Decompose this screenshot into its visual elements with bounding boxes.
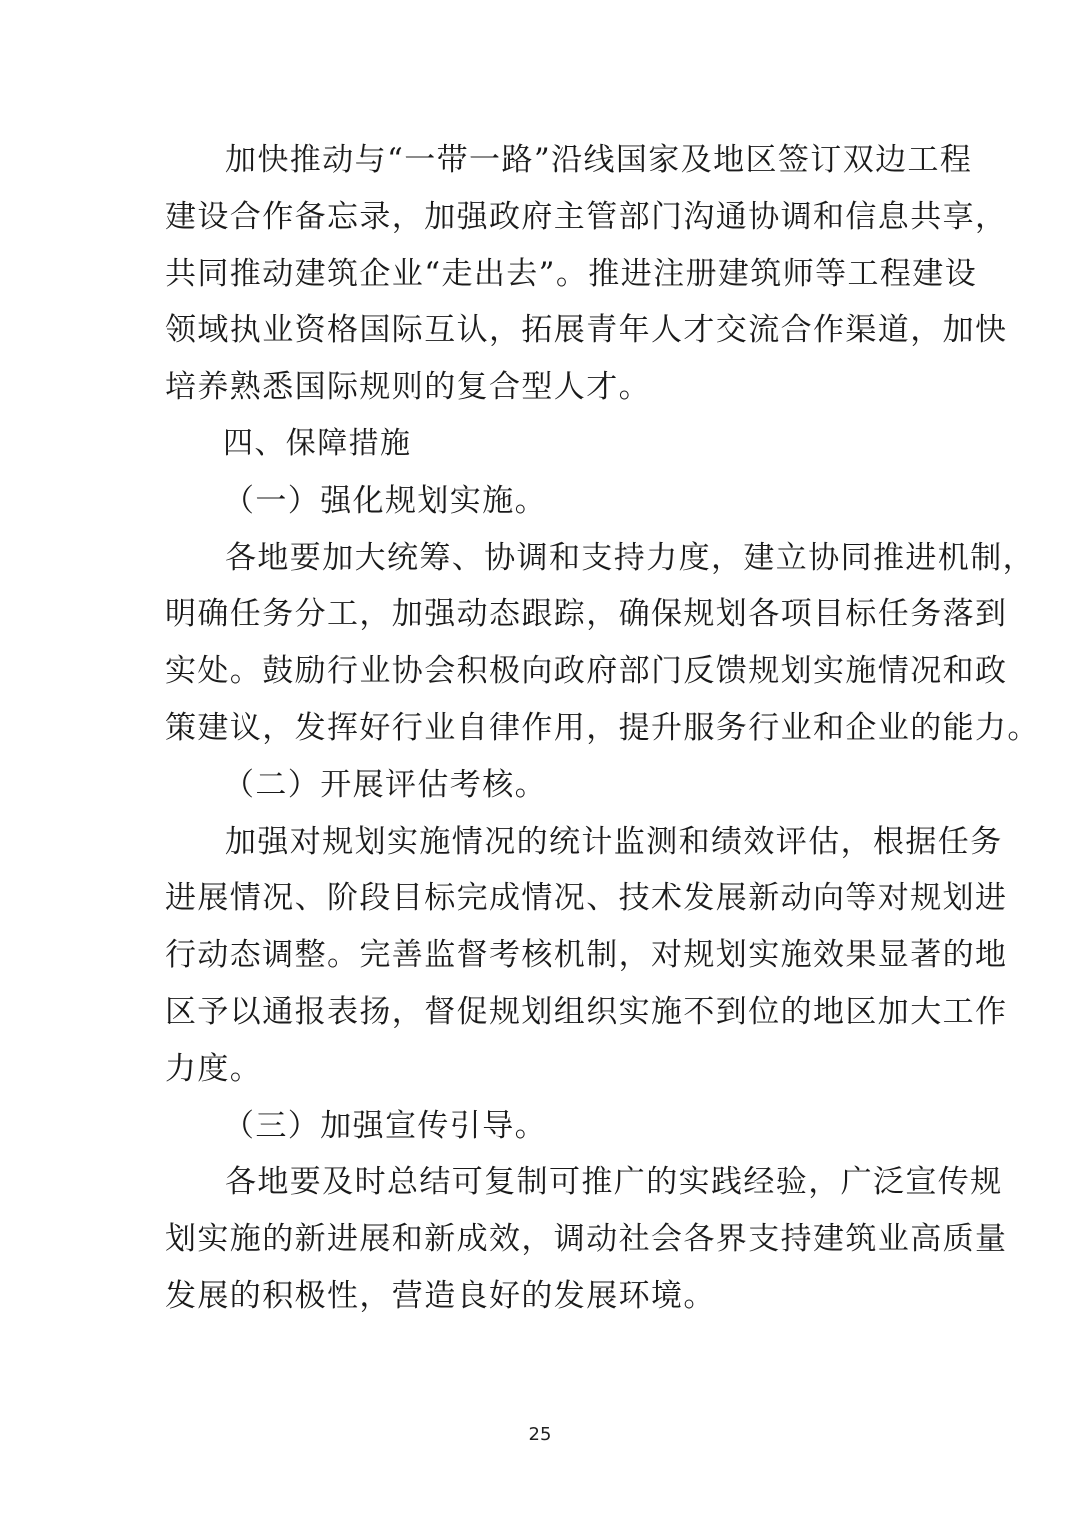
paragraph-line: 各地要加大统筹、协调和支持力度，建立协同推进机制， [165,530,917,587]
paragraph-line: 培养熟悉国际规则的复合型人才。 [165,359,917,416]
paragraph-line: 力度。 [165,1041,917,1098]
paragraph-line: 共同推动建筑企业“走出去”。推进注册建筑师等工程建设 [165,246,917,303]
paragraph-line: 行动态调整。完善监督考核机制，对规划实施效果显著的地 [165,927,917,984]
subsection-heading: （二）开展评估考核。 [165,757,917,814]
paragraph-line: 各地要及时总结可复制可推广的实践经验，广泛宣传规 [165,1154,917,1211]
paragraph-line: 明确任务分工，加强动态跟踪，确保规划各项目标任务落到 [165,586,917,643]
paragraph-line: 策建议，发挥好行业自律作用，提升服务行业和企业的能力。 [165,700,917,757]
paragraph-line: 加强对规划实施情况的统计监测和绩效评估，根据任务 [165,814,917,871]
paragraph-line: 建设合作备忘录，加强政府主管部门沟通协调和信息共享， [165,189,917,246]
page-body: 加快推动与“一带一路”沿线国家及地区签订双边工程 建设合作备忘录，加强政府主管部… [165,132,917,1325]
subsection-heading: （一）强化规划实施。 [165,473,917,530]
paragraph-line: 实处。鼓励行业协会积极向政府部门反馈规划实施情况和政 [165,643,917,700]
paragraph-line: 加快推动与“一带一路”沿线国家及地区签订双边工程 [165,132,917,189]
paragraph-line: 领域执业资格国际互认，拓展青年人才交流合作渠道，加快 [165,302,917,359]
paragraph-line: 发展的积极性，营造良好的发展环境。 [165,1268,917,1325]
section-heading: 四、保障措施 [165,416,917,473]
paragraph-line: 进展情况、阶段目标完成情况、技术发展新动向等对规划进 [165,870,917,927]
subsection-heading: （三）加强宣传引导。 [165,1098,917,1155]
paragraph-line: 划实施的新进展和新成效，调动社会各界支持建筑业高质量 [165,1211,917,1268]
paragraph-line: 区予以通报表扬，督促规划组织实施不到位的地区加大工作 [165,984,917,1041]
document-page: 加快推动与“一带一路”沿线国家及地区签订双边工程 建设合作备忘录，加强政府主管部… [0,0,1080,1527]
page-number: 25 [0,1424,1080,1445]
